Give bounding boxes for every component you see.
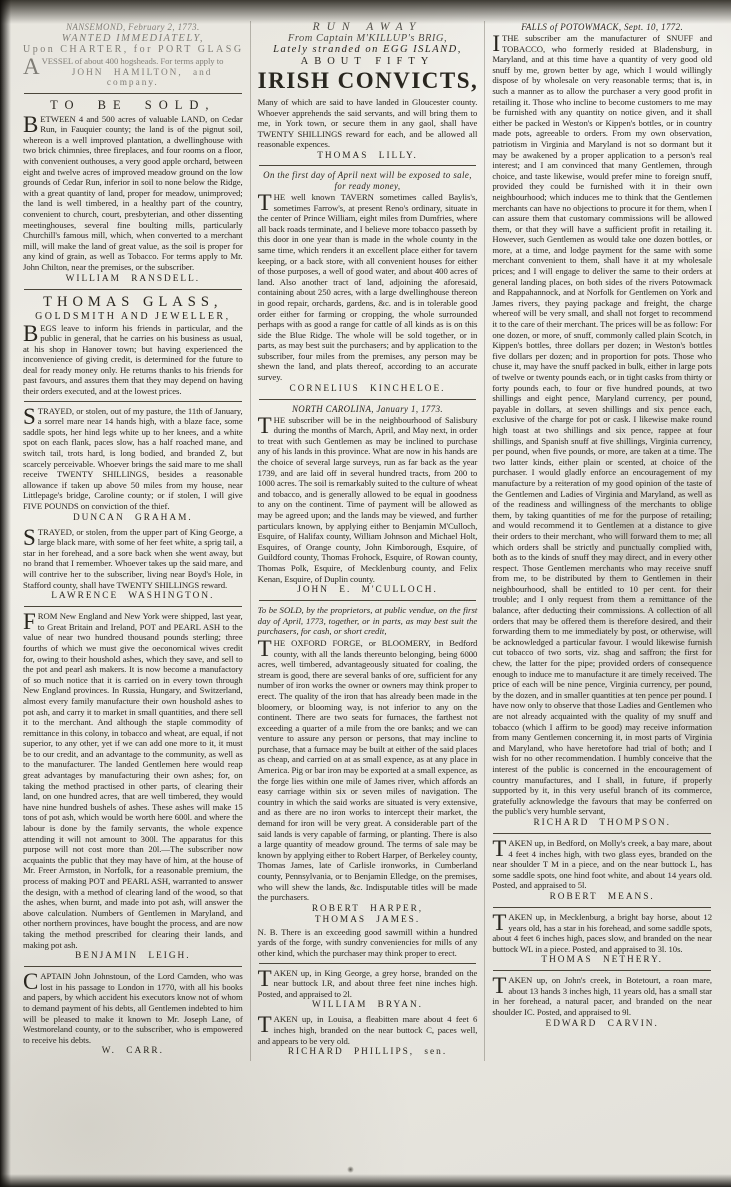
ad-headline: IRISH CONVICTS,	[258, 68, 478, 94]
ad-irish-convicts: RUN AWAY From Captain M'KILLUP's BRIG, L…	[258, 21, 478, 161]
drop-cap: T	[258, 968, 274, 988]
ad-body: BEGS leave to inform his friends in part…	[23, 323, 243, 397]
drop-cap: B	[23, 114, 40, 134]
drop-cap: B	[23, 323, 40, 343]
ad-body: TAKEN up, in Louisa, a fleabitten mare a…	[258, 1014, 478, 1046]
ad-body: TAKEN up, on John's creek, in Botetourt,…	[492, 975, 712, 1017]
ad-divider-rule	[24, 606, 242, 607]
ad-text: EGS leave to inform his friends in parti…	[23, 323, 243, 397]
drop-cap: T	[492, 838, 508, 858]
ad-divider-rule	[493, 833, 711, 834]
paper-stain	[347, 1166, 354, 1173]
drop-cap: I	[492, 33, 502, 53]
photo-edge-bottom	[0, 1174, 731, 1187]
drop-cap: S	[23, 527, 38, 547]
ad-heading-brig: From Captain M'KILLUP's BRIG,	[258, 33, 478, 44]
ad-body: STRAYED, or stolen, out of my pasture, t…	[23, 406, 243, 512]
ad-signature: THOMAS LILLY.	[258, 151, 478, 161]
ad-dateline: On the first day of April next will be e…	[258, 170, 478, 180]
ad-heading: WANTED IMMEDIATELY,	[23, 33, 243, 44]
ad-opening: To be SOLD, by the proprietors, at publi…	[258, 605, 478, 637]
ad-text: Many of which are said to have landed in…	[258, 97, 478, 149]
ad-divider-rule	[24, 93, 242, 94]
ad-text: THE subscriber am the manufacturer of SN…	[492, 33, 712, 816]
ad-divider-rule	[259, 399, 477, 400]
ad-text: ROM New England and New York were shippe…	[23, 611, 243, 949]
ad-subtitle: GOLDSMITH AND JEWELLER,	[23, 311, 243, 322]
ad-dateline: NORTH CAROLINA, January 1, 1773.	[258, 404, 478, 414]
ad-land-cedar-run: TO BE SOLD, BETWEEN 4 and 500 acres of v…	[23, 98, 243, 285]
ad-divider-rule	[259, 963, 477, 964]
ad-body: TAKEN up, in Mecklenburg, a bright bay h…	[492, 912, 712, 954]
photo-edge-left	[0, 0, 11, 1187]
ad-carolina-lands: NORTH CAROLINA, January 1, 1773. THE sub…	[258, 404, 478, 597]
ad-signature: EDWARD CARVIN.	[492, 1019, 712, 1029]
ad-text: AKEN up, on John's creek, in Botetourt, …	[492, 975, 712, 1017]
ad-signature: JOHN HAMILTON, and company.	[23, 68, 243, 88]
ad-strayed-black-mare: STRAYED, or stolen, from the upper part …	[23, 527, 243, 603]
ad-divider-rule	[24, 966, 242, 967]
ad-body: STRAYED, or stolen, from the upper part …	[23, 527, 243, 591]
ad-subheading: Upon CHARTER, for PORT GLASGOW,	[23, 44, 243, 55]
ad-signature: THOMAS JAMES.	[258, 915, 478, 925]
drop-cap: T	[492, 975, 508, 995]
ad-taken-grey-horse: TAKEN up, in King George, a grey horse, …	[258, 968, 478, 1012]
newspaper-page: NANSEMOND, February 2, 1773. WANTED IMME…	[0, 0, 731, 1187]
ad-body: THE subscriber will be in the neighbourh…	[258, 415, 478, 585]
ad-signature: BENJAMIN LEIGH.	[23, 951, 243, 961]
ad-body: CAPTAIN John Johnstoun, of the Lord Camd…	[23, 971, 243, 1045]
ad-text: HE subscriber will be in the neighbourho…	[258, 415, 478, 584]
ad-snuff-tobacco: FALLS of POTOWMACK, Sept. 10, 1772. ITHE…	[492, 22, 712, 829]
ad-signature: LAWRENCE WASHINGTON.	[23, 591, 243, 601]
ad-divider-rule	[259, 600, 477, 601]
ad-text: AKEN up, in King George, a grey horse, b…	[258, 968, 478, 999]
ad-text: TRAYED, or stolen, out of my pasture, th…	[23, 406, 243, 511]
ad-body: Many of which are said to have landed in…	[258, 97, 478, 150]
ad-signature: RICHARD PHILLIPS, sen.	[258, 1047, 478, 1057]
drop-cap: T	[492, 912, 508, 932]
ad-thomas-glass: THOMAS GLASS, GOLDSMITH AND JEWELLER, BE…	[23, 294, 243, 397]
ad-signature: JOHN E. M'CULLOCH.	[258, 585, 478, 595]
ad-divider-rule	[493, 907, 711, 908]
ad-body: THE well known TAVERN sometimes called B…	[258, 192, 478, 383]
ad-body: TAKEN up, in King George, a grey horse, …	[258, 968, 478, 1000]
ad-wanted-vessel: NANSEMOND, February 2, 1773. WANTED IMME…	[23, 22, 243, 89]
drop-cap: F	[23, 611, 38, 631]
ad-text: TRAYED, or stolen, from the upper part o…	[23, 527, 243, 590]
ad-heading-fifty: ABOUT FIFTY	[258, 56, 478, 67]
drop-cap: A	[23, 56, 42, 76]
ad-text: HE OXFORD FORGE, or BLOOMERY, in Bedford…	[258, 638, 478, 902]
ad-text: HE well known TAVERN sometimes called Ba…	[258, 192, 478, 382]
ad-text: APTAIN John Johnstoun, of the Lord Camde…	[23, 971, 243, 1045]
ad-text: AKEN up, in Bedford, on Molly's creek, a…	[492, 838, 712, 890]
drop-cap: S	[23, 406, 38, 426]
ad-taken-bay-mare: TAKEN up, in Bedford, on Molly's creek, …	[492, 838, 712, 903]
ad-strayed-sorrel-mare: STRAYED, or stolen, out of my pasture, t…	[23, 406, 243, 524]
ad-signature: WILLIAM BRYAN.	[258, 1000, 478, 1010]
photo-edge-top	[0, 0, 731, 24]
ad-taken-roan-mare: TAKEN up, on John's creek, in Botetourt,…	[492, 975, 712, 1029]
paper-stain	[596, 470, 656, 590]
ad-signature: ROBERT HARPER,	[258, 904, 478, 914]
ad-text: AKEN up, in Mecklenburg, a bright bay ho…	[492, 912, 712, 954]
ad-body: FROM New England and New York were shipp…	[23, 611, 243, 950]
column-middle: RUN AWAY From Captain M'KILLUP's BRIG, L…	[250, 21, 485, 1061]
ad-signature: CORNELIUS KINCHELOE.	[258, 384, 478, 394]
column-left: NANSEMOND, February 2, 1773. WANTED IMME…	[16, 21, 250, 1061]
ad-text: ETWEEN 4 and 500 acres of valuable LAND,…	[23, 114, 243, 272]
drop-cap: C	[23, 971, 40, 991]
ad-signature: DUNCAN GRAHAM.	[23, 513, 243, 523]
ad-title: TO BE SOLD,	[23, 98, 243, 113]
ad-body: ITHE subscriber am the manufacturer of S…	[492, 33, 712, 817]
ad-text: VESSEL of about 400 hogsheads. For terms…	[42, 56, 224, 66]
ad-heading-island: Lately stranded on EGG ISLAND,	[258, 44, 478, 55]
ad-pot-pearl-ash: FROM New England and New York were shipp…	[23, 611, 243, 962]
ad-dateline: for ready money,	[258, 181, 478, 191]
ad-body: BETWEEN 4 and 500 acres of valuable LAND…	[23, 114, 243, 273]
ad-captain-johnstoun: CAPTAIN John Johnstoun, of the Lord Camd…	[23, 971, 243, 1057]
ad-body: AVESSEL of about 400 hogsheads. For term…	[23, 56, 243, 67]
ad-taken-bay-horse: TAKEN up, in Mecklenburg, a bright bay h…	[492, 912, 712, 966]
ad-signature: WILLIAM RANSDELL.	[23, 274, 243, 284]
ad-signature: ROBERT MEANS.	[492, 892, 712, 902]
ad-oxford-forge: To be SOLD, by the proprietors, at publi…	[258, 605, 478, 958]
ad-body: TAKEN up, in Bedford, on Molly's creek, …	[492, 838, 712, 891]
ad-body: THE OXFORD FORGE, or BLOOMERY, in Bedfor…	[258, 638, 478, 903]
ad-divider-rule	[24, 289, 242, 290]
ad-divider-rule	[259, 165, 477, 166]
ad-taken-fleabitten-mare: TAKEN up, in Louisa, a fleabitten mare a…	[258, 1014, 478, 1058]
drop-cap: T	[258, 1014, 274, 1034]
drop-cap: T	[258, 192, 274, 212]
ad-divider-rule	[24, 401, 242, 402]
ad-postscript: N. B. There is an exceeding good sawmill…	[258, 927, 478, 959]
ad-signature: W. CARR.	[23, 1046, 243, 1056]
ad-signature: RICHARD THOMPSON.	[492, 818, 712, 828]
ad-text: AKEN up, in Louisa, a fleabitten mare ab…	[258, 1014, 478, 1045]
ad-divider-rule	[493, 970, 711, 971]
drop-cap: T	[258, 638, 274, 658]
paper-crease	[716, 170, 718, 730]
ad-signature: THOMAS NETHERY.	[492, 955, 712, 965]
newspaper-photo: NANSEMOND, February 2, 1773. WANTED IMME…	[0, 0, 731, 1187]
ad-tavern-sale: On the first day of April next will be e…	[258, 170, 478, 395]
ad-title: THOMAS GLASS,	[23, 294, 243, 311]
drop-cap: T	[258, 415, 274, 435]
